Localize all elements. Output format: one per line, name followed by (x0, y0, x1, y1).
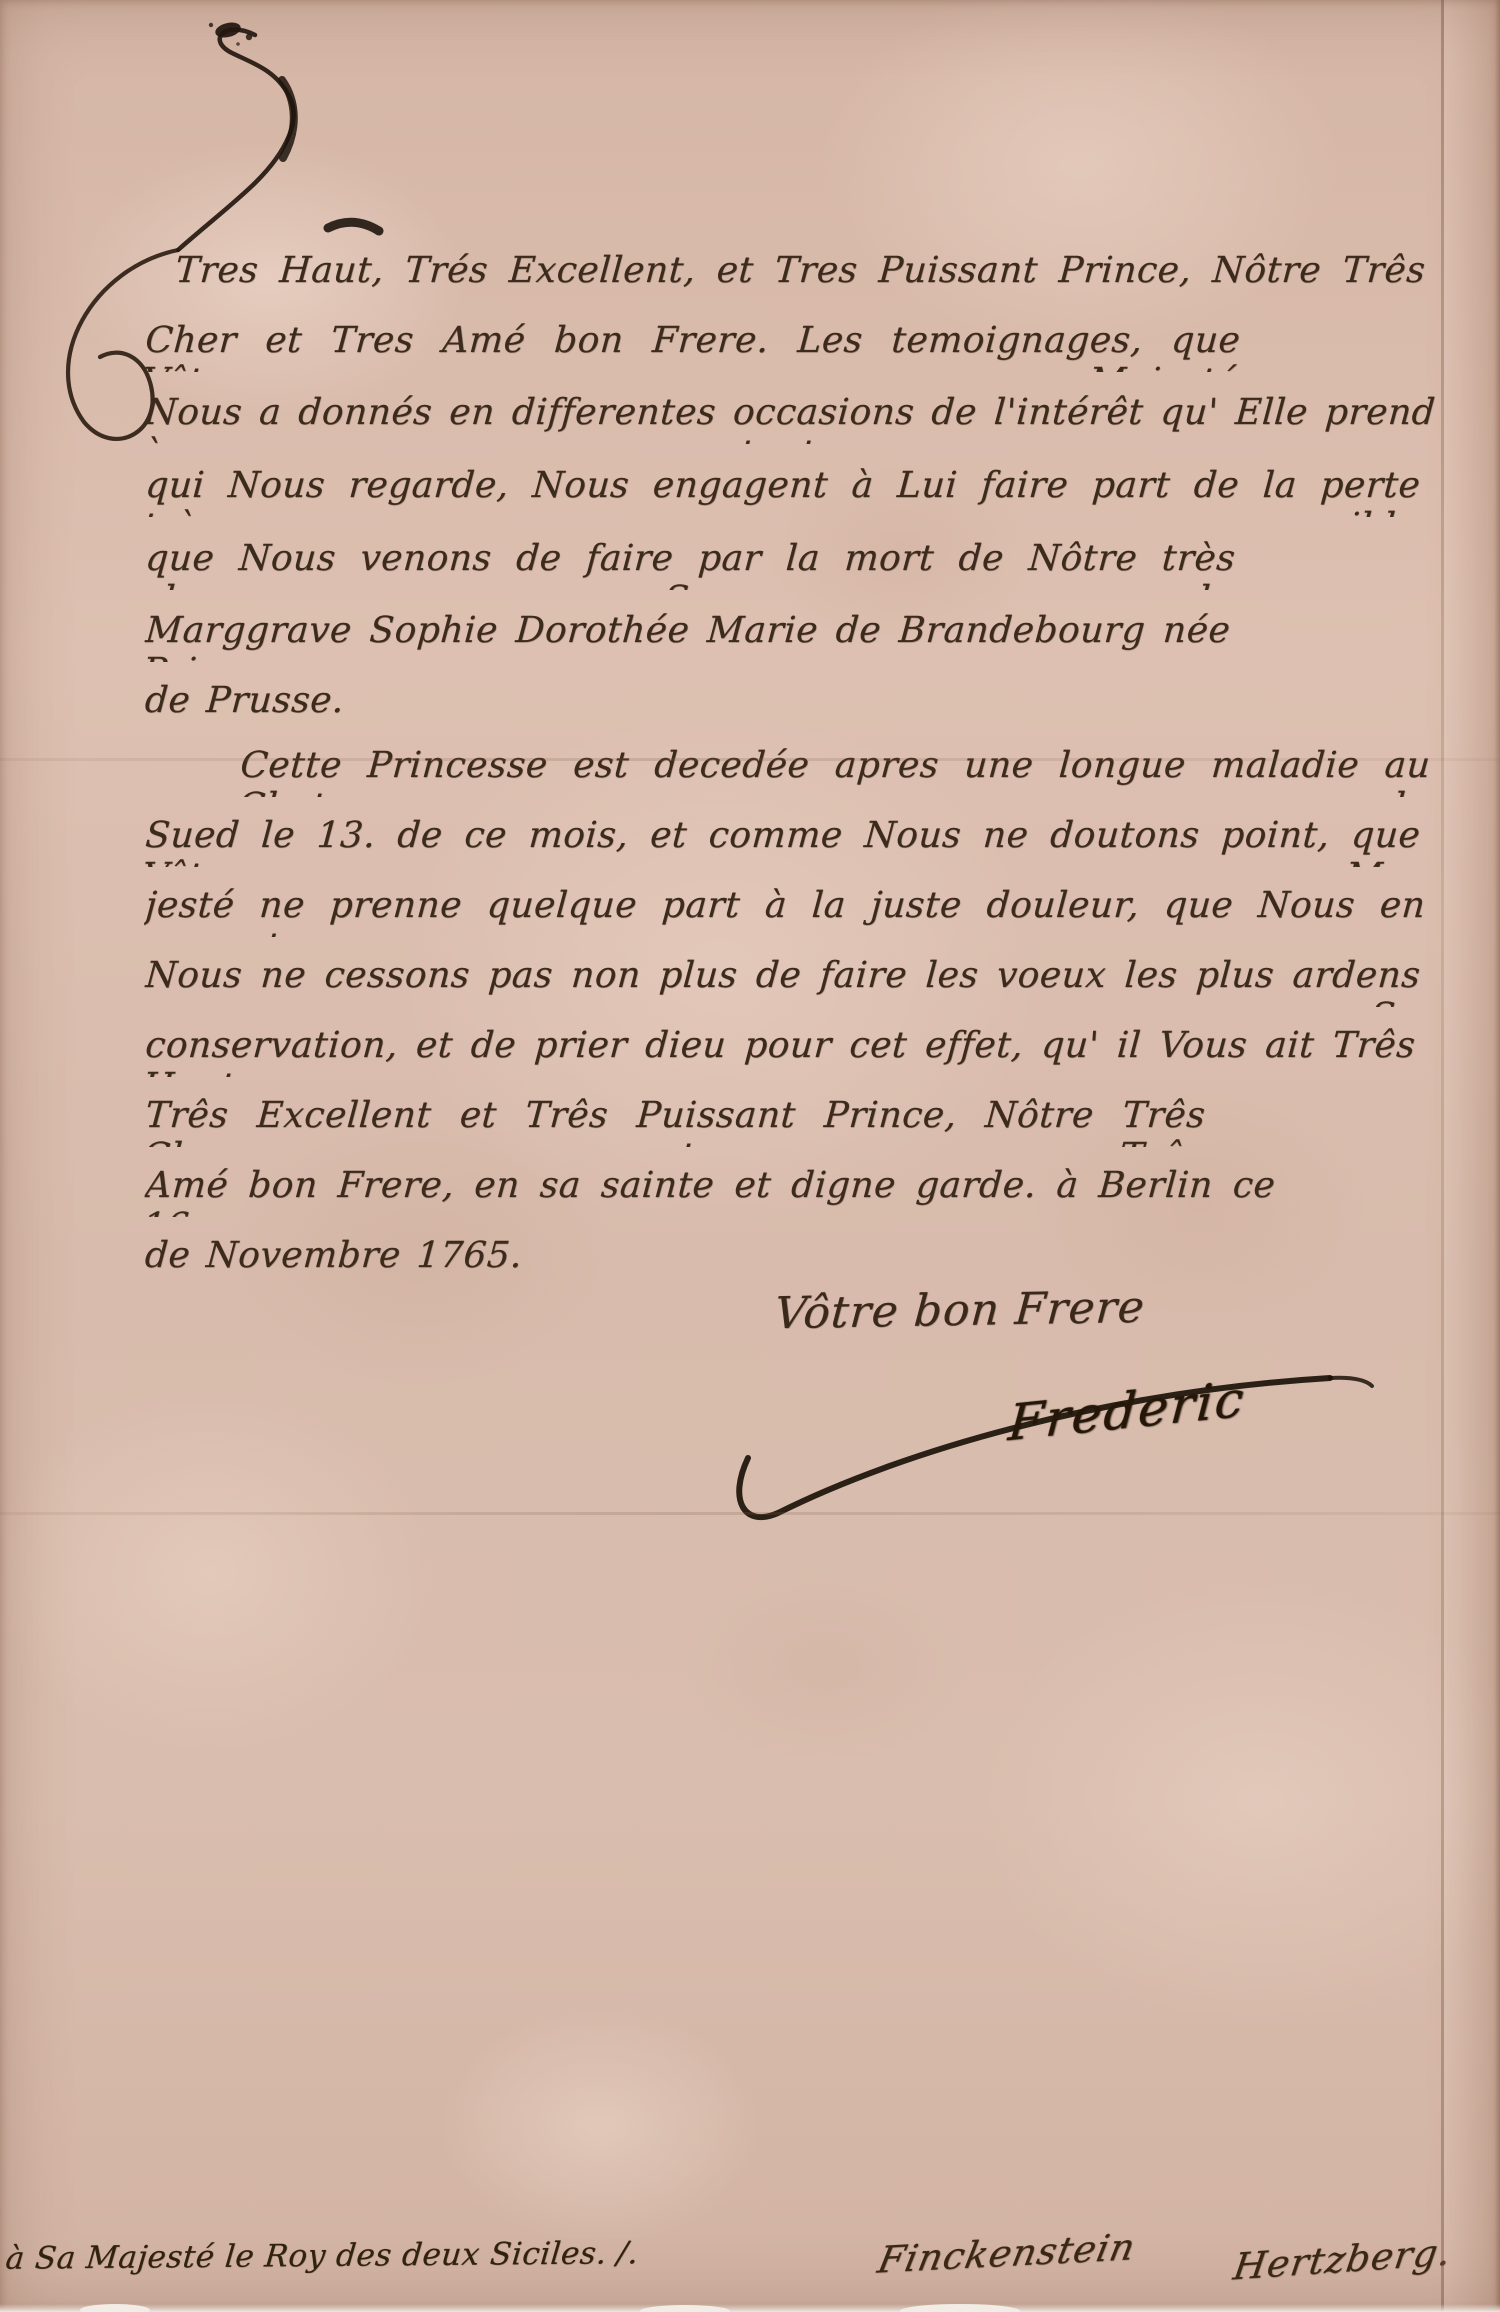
letter-line: Marggrave Sophie Dorothée Marie de Brand… (143, 610, 1232, 662)
letter-line: Nous ne cessons pas non plus de faire le… (143, 955, 1422, 1007)
letter-line: qui Nous regarde, Nous engagent à Lui fa… (143, 465, 1422, 517)
letter-line: Três Excellent et Três Puissant Prince, … (143, 1095, 1207, 1147)
closing-salutation: Vôtre bon Frere (773, 1282, 1147, 1339)
torn-bottom-edge (0, 2304, 1500, 2312)
paper-edge-strip (1444, 0, 1500, 2312)
paper-chip (900, 2304, 1020, 2312)
letter-line: Amé bon Frere, en sa sainte et digne gar… (143, 1165, 1277, 1217)
letter-line: Tres Haut, Trés Excellent, et Tres Puiss… (173, 250, 1427, 302)
countersignature-right: Hertzberg. (1231, 2231, 1455, 2289)
paper-chip (80, 2304, 150, 2312)
letter-line: de Prusse. (144, 680, 346, 721)
paper-chip (640, 2305, 730, 2312)
countersignature-left: Finckenstein (874, 2225, 1139, 2281)
letter-line: de Novembre 1765. (144, 1235, 524, 1276)
letter-line: conservation, et de prier dieu pour cet … (143, 1025, 1417, 1077)
letter-line: Cette Princesse est decedée apres une lo… (238, 745, 1432, 797)
letter-page: Tres Haut, Trés Excellent, et Tres Puiss… (0, 0, 1500, 2312)
letter-line: Sued le 13. de ce mois, et comme Nous ne… (143, 815, 1422, 867)
horizontal-fold (0, 758, 1500, 761)
horizontal-fold (0, 1512, 1500, 1515)
address-line: à Sa Majesté le Roy des deux Siciles. /. (4, 2235, 640, 2277)
letter-line: Nous a donnés en differentes occasions d… (143, 392, 1437, 444)
letter-line: Cher et Tres Amé bon Frere. Les temoigna… (143, 320, 1242, 372)
letter-line: jesté ne prenne quelque part à la juste … (143, 885, 1427, 937)
letter-line: que Nous venons de faire par la mort de … (143, 538, 1237, 590)
signature-frederic: Frederic (1006, 1370, 1247, 1452)
